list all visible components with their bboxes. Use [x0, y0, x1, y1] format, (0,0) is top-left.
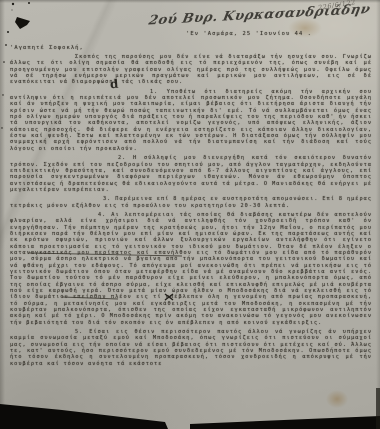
- paragraph: 3. Παρέμεινα επί 8 ημέρας εν αυστηροτάτη…: [10, 196, 372, 209]
- scan-black-band-bottom-left: [0, 404, 168, 429]
- ink-blot-mark: d: [110, 77, 119, 92]
- scan-dark-edge-right: [376, 388, 380, 429]
- paragraph: 1. Υποθέτω ότι διατηρείς ακόμη τήν αρχικ…: [10, 89, 372, 152]
- dateline: 'Εν 'Ασμάρα, 25 'Ιουνίου 44 .: [186, 31, 312, 37]
- salutation: 'Αγαπητέ Σοφοκλή,: [10, 45, 84, 51]
- paragraph: 2. Η σύλληψίς μου διενεργήθη κατά τόν σκ…: [10, 155, 372, 193]
- ink-blob-top-left: [15, 17, 30, 29]
- scan-black-band-bottom-right: [190, 416, 380, 429]
- paragraph: 5. Είσαι εις θέσιν περισσότερον παντός ά…: [10, 329, 372, 367]
- letter-body: Σκοπός της παρούσης μου δέν είνε νά διατ…: [10, 54, 372, 367]
- paragraph: 4. Αι λεπτομέρειαι τάς οποίας θά διαβάση…: [10, 212, 372, 326]
- scanned-letter-page: 2ού Βυρ. Κυρκασανδριάδην 226/6/122 'Εν '…: [0, 0, 380, 429]
- paragraph: Σκοπός της παρούσης μου δέν είνε νά διατ…: [10, 54, 372, 86]
- paper-stain-bottom-right: [326, 390, 348, 408]
